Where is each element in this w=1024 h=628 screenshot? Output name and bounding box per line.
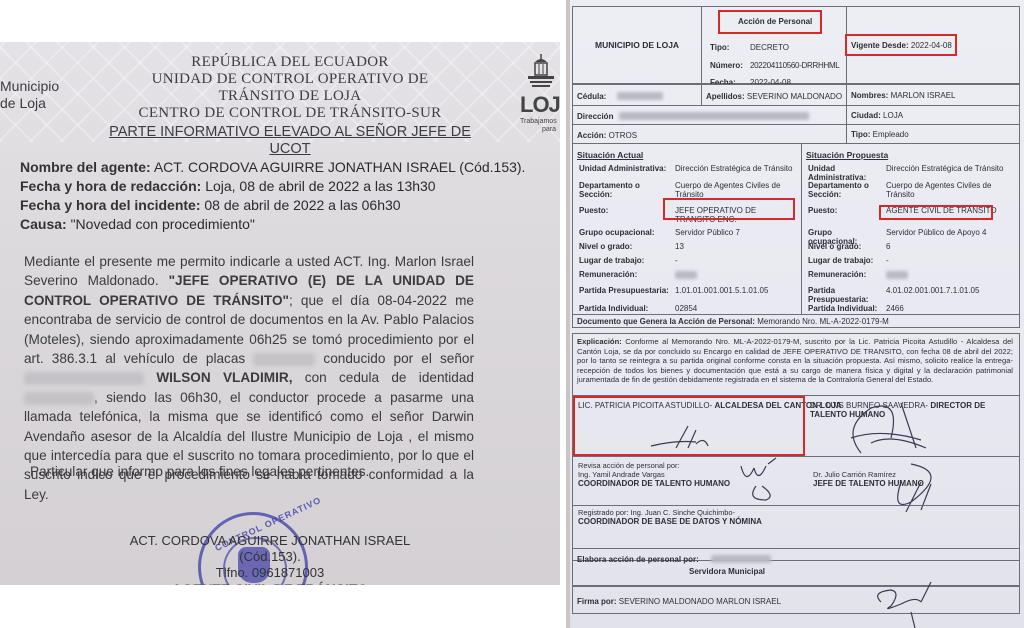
redacted-value xyxy=(675,271,697,279)
revisa-name: Ing. Yamil Andrade Vargas xyxy=(578,470,730,479)
row-value: Cuerpo de Agentes Civiles de Tránsito xyxy=(886,181,1016,199)
ciudad-value: LOJA xyxy=(883,111,903,120)
logo-tagline: Trabajamos para xyxy=(520,118,557,134)
row-label: Departamento o Sección: xyxy=(808,181,880,199)
row-label: Partida Individual: xyxy=(808,304,880,313)
redacted-name xyxy=(24,372,144,385)
municipio-line-1: Municipio xyxy=(0,78,59,95)
row-value: 2466 xyxy=(886,304,1016,313)
row-label: Unidad Administrativa: xyxy=(808,164,880,182)
document-subtitle: PARTE INFORMATIVO ELEVADO AL SEÑOR JEFE … xyxy=(100,124,480,158)
field-incident-date: Fecha y hora del incidente: 08 de abril … xyxy=(20,196,525,215)
field-cause: Causa: "Novedad con procedimiento" xyxy=(20,215,525,234)
firma-value: SEVERINO MALDONADO MARLON ISRAEL xyxy=(619,597,781,606)
field-value: Loja, 08 de abril de 2022 a las 13h30 xyxy=(205,178,435,194)
field-value: ACT. CORDOVA AGUIRRE JONATHAN ISRAEL (Có… xyxy=(154,159,526,175)
tipo-emp-value: Empleado xyxy=(873,130,909,139)
signer-phone: Tlfno. 0961871003 xyxy=(100,565,440,581)
field-redaction-date: Fecha y hora de redacción: Loja, 08 de a… xyxy=(20,177,525,196)
redacted-cedula xyxy=(617,92,663,100)
situacion-actual-section: Situación Actual Unidad Administrativa:D… xyxy=(572,143,802,315)
apellidos-cell: Apellidos: SEVERINO MALDONADO xyxy=(701,84,847,106)
row-value: 4.01.02.001.001.7.1.01.05 xyxy=(886,286,1016,295)
row-label: Lugar de trabajo: xyxy=(579,256,669,265)
signer-name: ACT. CORDOVA AGUIRRE JONATHAN ISRAEL (Có… xyxy=(100,533,440,565)
signature-coordinador xyxy=(736,456,786,506)
cedula-label: Cédula: xyxy=(577,92,606,101)
row-value: 6 xyxy=(886,242,1016,251)
ciudad-label: Ciudad: xyxy=(851,111,881,120)
highlight-title xyxy=(718,10,822,34)
row-label: Remuneración: xyxy=(579,270,669,279)
signature-jefe xyxy=(871,462,951,522)
row-value: Cuerpo de Agentes Civiles de Tránsito xyxy=(675,181,797,199)
report-fields: Nombre del agente: ACT. CORDOVA AGUIRRE … xyxy=(20,158,525,234)
tipo-value: DECRETO xyxy=(750,43,789,52)
municipality-name: MUNICIPIO DE LOJA xyxy=(595,40,679,50)
highlight-puesto-actual xyxy=(663,198,795,220)
registrado-label: Registrado por: Ing. Juan C. Sinche Quic… xyxy=(578,508,762,517)
header-line-1: REPÚBLICA DEL ECUADOR xyxy=(100,54,480,71)
cedula-cell: Cédula: xyxy=(572,84,702,106)
elabora-label: Elabora acción de personal por: xyxy=(577,555,699,564)
body-text: , siendo las 06h30, el conductor procede… xyxy=(24,390,474,502)
header-line-3: TRÁNSITO DE LOJA xyxy=(100,88,480,105)
row-label: Departamento o Sección: xyxy=(579,181,669,199)
highlight-vigente xyxy=(845,34,957,56)
nombres-value: MARLON ISRAEL xyxy=(891,91,956,100)
tower-icon xyxy=(526,54,556,92)
direccion-cell: Dirección xyxy=(572,105,847,125)
tagline-text-2: para xyxy=(520,126,556,133)
redacted-plate xyxy=(253,353,315,366)
signature-firma xyxy=(871,572,941,628)
revisa-label: Revisa acción de personal por: xyxy=(578,461,730,470)
section-title: Situación Actual xyxy=(577,150,643,160)
tipo-emp-label: Tipo: xyxy=(851,130,870,139)
header-municipality-cell: MUNICIPIO DE LOJA xyxy=(572,6,702,84)
accion-cell: Acción: OTROS xyxy=(572,124,847,144)
explicacion-value: Conforme al Memorando Nro. ML-A-2022-017… xyxy=(577,337,1013,384)
row-divider xyxy=(572,505,1020,506)
parte-informativo-document: Municipio de Loja REPÚBLICA DEL ECUADOR … xyxy=(0,42,560,585)
row-label: Lugar de trabajo: xyxy=(808,256,880,265)
logo-word: LOJA xyxy=(520,92,560,118)
redacted-elabora xyxy=(711,555,771,563)
accion-label: Acción: xyxy=(577,131,606,140)
elabora-role: Servidora Municipal xyxy=(689,567,765,576)
row-value xyxy=(675,270,797,279)
situacion-propuesta-section: Situación Propuesta Unidad Administrativ… xyxy=(801,143,1020,315)
direccion-label: Dirección xyxy=(577,112,613,121)
row-value: - xyxy=(675,256,797,265)
row-label: Unidad Administrativa: xyxy=(579,164,669,173)
row-value: Dirección Estratégica de Tránsito xyxy=(675,164,797,173)
row-label: Grupo ocupacional: xyxy=(579,228,669,237)
field-value: 08 de abril de 2022 a las 06h30 xyxy=(204,197,400,213)
documento-label: Documento que Genera la Acción de Person… xyxy=(577,317,755,326)
document-header: REPÚBLICA DEL ECUADOR UNIDAD DE CONTROL … xyxy=(100,54,480,158)
tagline-text: Trabajamos xyxy=(520,118,557,125)
row-label: Remuneración: xyxy=(808,270,880,279)
row-label: Puesto: xyxy=(808,206,880,215)
field-label: Causa: xyxy=(20,216,67,232)
firma-row: Firma por: SEVERINO MALDONADO MARLON ISR… xyxy=(572,586,1020,614)
nombres-label: Nombres: xyxy=(851,91,888,100)
loja-logo: LOJA Trabajamos para xyxy=(512,52,560,142)
explicacion-label: Explicación: xyxy=(577,337,622,346)
field-label: Fecha y hora del incidente: xyxy=(20,197,201,213)
redacted-id xyxy=(24,392,94,405)
row-value: Servidor Público de Apoyo 4 xyxy=(886,228,1016,237)
accion-de-personal-document: MUNICIPIO DE LOJA Acción de Personal Tip… xyxy=(566,0,1024,628)
highlight-puesto-propuesto xyxy=(879,205,993,220)
firma-label: Firma por: xyxy=(577,597,617,606)
numero-value: 202204110560-DRRHHML xyxy=(750,61,839,70)
row-label: Partida Individual: xyxy=(579,304,669,313)
field-value: "Novedad con procedimiento" xyxy=(71,216,255,232)
nombres-cell: Nombres: MARLON ISRAEL xyxy=(846,84,1020,106)
signature-director xyxy=(831,398,941,458)
registrado-role: COORDINADOR DE BASE DE DATOS Y NÓMINA xyxy=(578,517,762,526)
row-label: Nivel o grado: xyxy=(579,242,669,251)
redacted-direccion xyxy=(619,112,809,120)
row-value: - xyxy=(886,256,1016,265)
row-value: 13 xyxy=(675,242,797,251)
row-value: Servidor Público 7 xyxy=(675,228,797,237)
page-edge xyxy=(566,0,570,628)
documento-row: Documento que Genera la Acción de Person… xyxy=(572,314,1020,328)
numero-label: Número: xyxy=(710,61,743,70)
row-value: 1.01.01.001.001.5.1.01.05 xyxy=(675,286,797,295)
signature-alcaldesa xyxy=(646,418,726,454)
redacted-value xyxy=(886,271,908,279)
field-agent: Nombre del agente: ACT. CORDOVA AGUIRRE … xyxy=(20,158,525,177)
closing-line: Particular que informo para los fines le… xyxy=(30,464,369,479)
apellidos-value: SEVERINO MALDONADO xyxy=(747,92,842,101)
elabora-row: Elabora acción de personal por: Servidor… xyxy=(572,548,1020,586)
agent-signature-block: ACT. CORDOVA AGUIRRE JONATHAN ISRAEL (Có… xyxy=(100,533,440,585)
section-title: Situación Propuesta xyxy=(806,150,888,160)
field-label: Fecha y hora de redacción: xyxy=(20,178,201,194)
apellidos-label: Apellidos: xyxy=(706,92,745,101)
ciudad-cell: Ciudad: LOJA xyxy=(846,105,1020,125)
row-label: Nivel o grado: xyxy=(808,242,880,251)
header-line-4: CENTRO DE CONTROL DE TRÁNSITO-SUR xyxy=(100,105,480,122)
accion-value: OTROS xyxy=(609,131,637,140)
explicacion-text: Explicación: Conforme al Memorando Nro. … xyxy=(577,337,1013,385)
row-value: Dirección Estratégica de Tránsito xyxy=(886,164,1016,173)
body-text: conducido por el señor xyxy=(315,351,474,366)
row-value xyxy=(886,270,1016,279)
municipio-line-2: de Loja xyxy=(0,95,59,112)
revisa-role: COORDINADOR DE TALENTO HUMANO xyxy=(578,479,730,488)
row-label: Partida Presupuestaria: xyxy=(808,286,880,304)
body-text: con cedula de identidad xyxy=(292,370,474,385)
body-bold-text: WILSON VLADIMIR, xyxy=(156,370,292,385)
tipo-empleado-cell: Tipo: Empleado xyxy=(846,124,1020,144)
signer-role: AGENTE CIVIL DE TRÁNSITO xyxy=(100,581,440,585)
row-label: Partida Presupuestaria: xyxy=(579,286,669,295)
field-label: Nombre del agente: xyxy=(20,159,151,175)
header-line-2: UNIDAD DE CONTROL OPERATIVO DE xyxy=(100,71,480,88)
municipio-label: Municipio de Loja xyxy=(0,78,59,112)
tipo-label: Tipo: xyxy=(710,43,729,52)
documento-value: Memorando Nro. ML-A-2022-0179-M xyxy=(757,317,889,326)
row-value: 02854 xyxy=(675,304,797,313)
row-label: Puesto: xyxy=(579,206,669,215)
